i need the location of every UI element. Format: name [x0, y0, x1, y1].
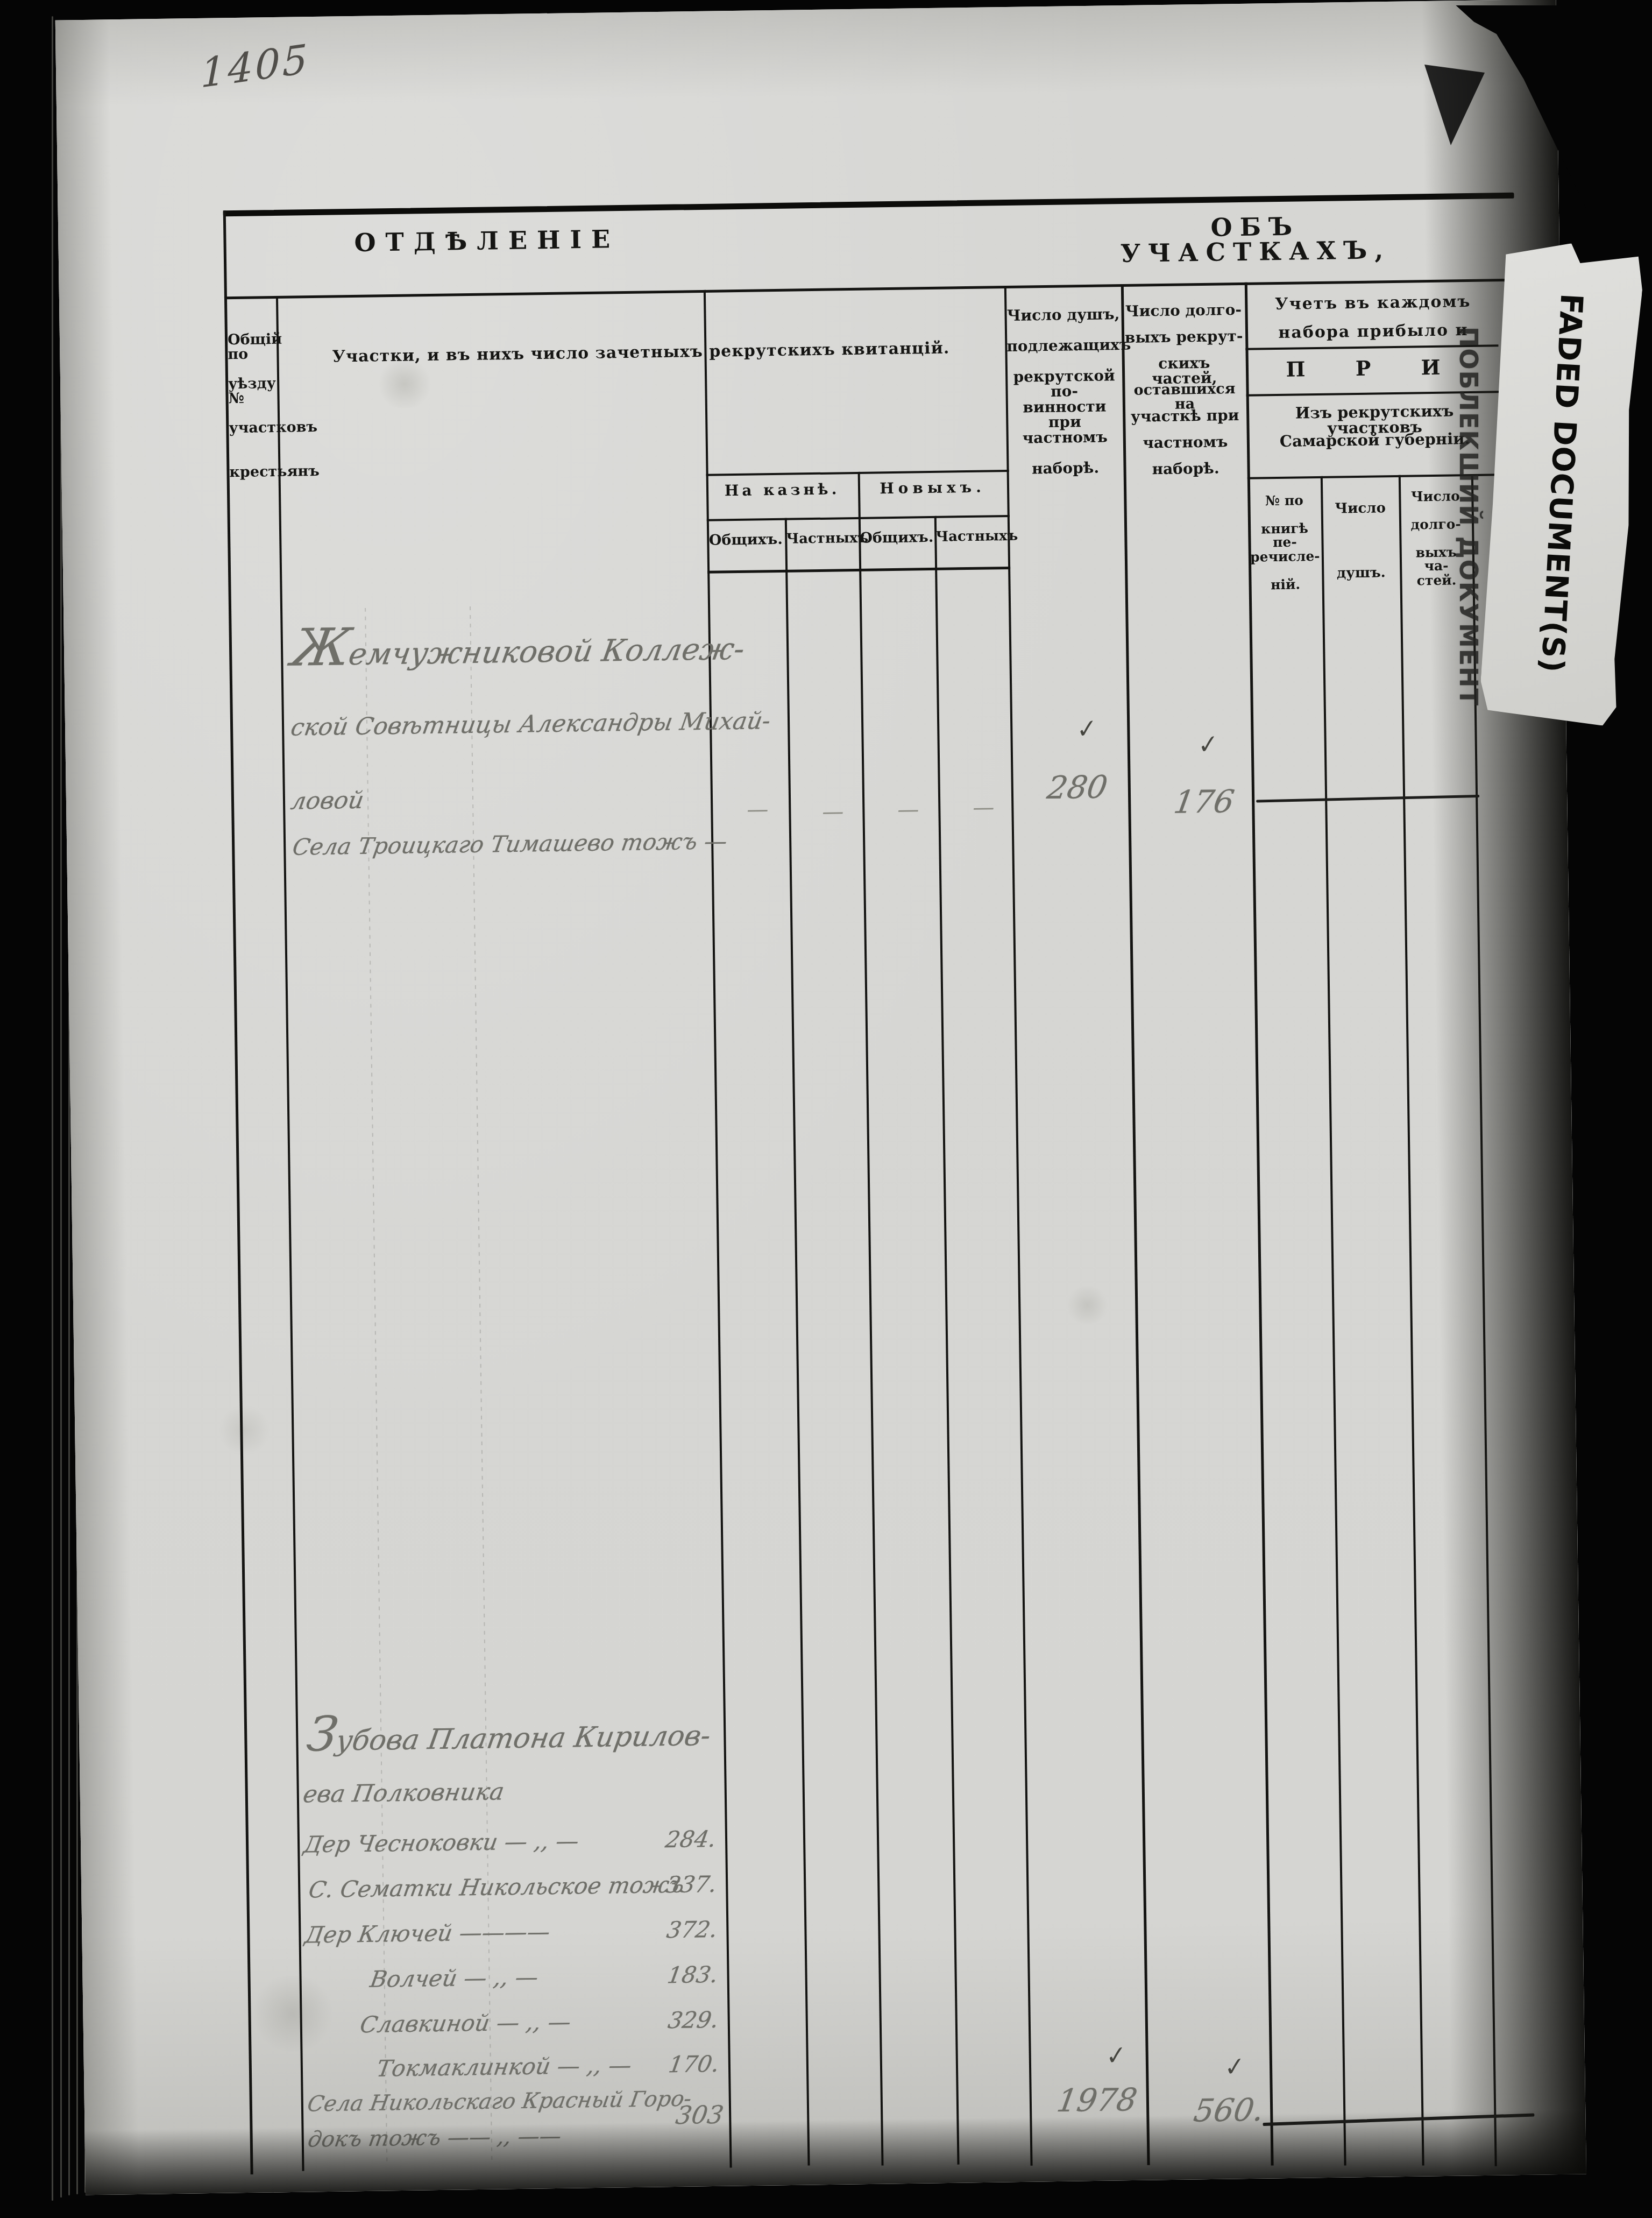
ditto-dash: —: [878, 797, 938, 823]
sub-kniga-line: ній.: [1250, 577, 1320, 592]
sub-chislo-dush-line: душъ.: [1323, 566, 1399, 581]
entry-name-line: ева Полковника: [301, 1778, 506, 1808]
col-dush-line: наборѣ.: [1008, 460, 1122, 477]
sub-kniga-line: речисле-: [1250, 549, 1320, 564]
table-left-rule: [223, 210, 253, 2174]
entry-village-line: Села Троицкаго Тимашево тожъ —: [290, 828, 729, 860]
entry-village-line: Славкиной — ,, — 329.: [358, 2007, 728, 2038]
table-top-rule: [223, 193, 1514, 217]
col-uezd-line: Общій по: [228, 332, 278, 362]
col-uezd-line: крестьянъ: [229, 464, 279, 479]
column-rule: [1121, 284, 1150, 2165]
entry-block: Зубова Платона Кирилов- ева Полковника Д…: [302, 1701, 728, 2191]
village-text: Дер Чесноковки — ,, —: [302, 1827, 581, 1857]
entry-village-line: Дер Ключей ———— 372.: [303, 1916, 727, 1948]
village-count: 329.: [666, 2007, 720, 2033]
souls-count-value: 280: [1026, 768, 1129, 807]
col-dolg-line: участкѣ при: [1124, 408, 1245, 425]
village-text: Волчей — ,, —: [368, 1963, 541, 1992]
group-na-kazne: На казнѣ.: [706, 482, 858, 499]
tally-check-mark: ✓: [1105, 2039, 1128, 2071]
column-rule: [1004, 286, 1033, 2166]
tally-check-mark: ✓: [1197, 728, 1219, 760]
entry-village-line: Токмаклинкой — ,, — 170.: [375, 2051, 729, 2082]
faded-document-stamp-russian: ПОБЛЕКШИЙ ДОКУМЕНТ: [1451, 301, 1486, 732]
paper-stain: [372, 359, 437, 409]
entry-name-line: Зубова Платона Кирилов-: [303, 1701, 716, 1762]
village-count: 284.: [664, 1826, 718, 1853]
column-rule: [934, 516, 960, 2165]
souls-total-value: 1978: [1041, 2081, 1152, 2120]
village-text: Славкиной — ,, —: [358, 2009, 573, 2038]
ditto-dash: —: [803, 799, 863, 825]
ditto-dash: —: [728, 797, 788, 823]
group-novykh: Новыхъ.: [858, 479, 1007, 497]
col-uezd-line: уѣзду №: [228, 376, 278, 406]
column-rule: [785, 518, 810, 2166]
debt-count-value: 176: [1155, 783, 1253, 821]
archive-slip: FADED DOCUMENT(S): [1479, 240, 1644, 726]
book-page-edge: [52, 16, 53, 2201]
sub-chastnykh: Частныхъ: [935, 529, 1006, 544]
col-dolg-line: Число долго-: [1123, 302, 1244, 319]
village-count: 337.: [664, 1871, 719, 1898]
col-dolg-line: частномъ: [1125, 434, 1246, 451]
col-uchastki-header: Участки, и въ нихъ число зачетныхъ рекру…: [318, 340, 963, 365]
village-count: 372.: [665, 1916, 719, 1943]
folio-number: 1405: [201, 36, 310, 97]
paper-stain: [215, 1405, 274, 1455]
village-text: Дер Ключей ————: [303, 1918, 552, 1948]
archival-scan-background: 1405 ОТДѢЛЕНІЕ ОБЪ УЧАСТКАХЪ, Об: [0, 0, 1652, 2218]
sub-chislo-dush-line: Число: [1322, 501, 1398, 516]
village-text: Токмаклинкой — ,, —: [375, 2052, 634, 2082]
entry-name-line: ловой: [289, 787, 366, 815]
paper-stain: [1063, 1286, 1112, 1324]
col-uezd-line: участковъ: [229, 420, 278, 435]
ditto-dash: —: [954, 795, 1013, 821]
village-count: 170.: [667, 2051, 721, 2078]
entry-village-line: Села Никольскаго Красный Горо-: [306, 2086, 693, 2116]
col-dush-line: частномъ: [1008, 429, 1122, 446]
column-rule: [1245, 282, 1274, 2166]
tally-check-mark: ✓: [1224, 2050, 1246, 2082]
col-dush-line: рекрутской по-: [1007, 368, 1122, 400]
sub-kniga-line: № по: [1249, 493, 1319, 508]
entry-name-line: ской Совѣтницы Александры Михай-: [289, 707, 772, 741]
sub-obshchikh: Общихъ.: [860, 530, 933, 546]
sub-chastnykh: Частныхъ: [786, 531, 857, 546]
entry-name-line: Жемчужниковой Коллеж-: [288, 612, 750, 678]
column-rule: [276, 296, 304, 2171]
col-dush-line: Число душъ,: [1006, 307, 1120, 323]
tally-check-mark: ✓: [1076, 712, 1098, 745]
section-title-left: ОТДѢЛЕНІЕ: [354, 227, 613, 255]
entry-village-line: Дер Чесноковки — ,, — 284.: [302, 1826, 726, 1858]
column-rule: [1399, 475, 1424, 2166]
col-dush-line: подлежащихъ: [1006, 337, 1121, 354]
entry-village-line: Волчей — ,, — 183.: [368, 1961, 728, 1993]
sub-obshchikh: Общихъ.: [708, 532, 783, 548]
village-text: С. Сематки Никольское тожъ: [307, 1871, 686, 1903]
col-dolg-line: наборѣ.: [1125, 461, 1246, 477]
section-title-right: ОБЪ УЧАСТКАХЪ,: [1083, 212, 1428, 266]
col-dolg-line: выхъ рекрут-: [1123, 329, 1244, 345]
column-rule: [858, 472, 884, 2166]
village-count: 183.: [665, 1961, 720, 1988]
entry-village-line: С. Сематки Никольское тожъ 337.: [307, 1871, 726, 1903]
col-dush-line: винности при: [1008, 399, 1122, 430]
sub-kniga-line: книгѣ пе-: [1250, 521, 1320, 549]
document-page: 1405 ОТДѢЛЕНІЕ ОБЪ УЧАСТКАХЪ, Об: [55, 0, 1586, 2195]
faded-document-stamp: FADED DOCUMENT(S): [1534, 293, 1590, 674]
column-rule: [1321, 476, 1346, 2166]
